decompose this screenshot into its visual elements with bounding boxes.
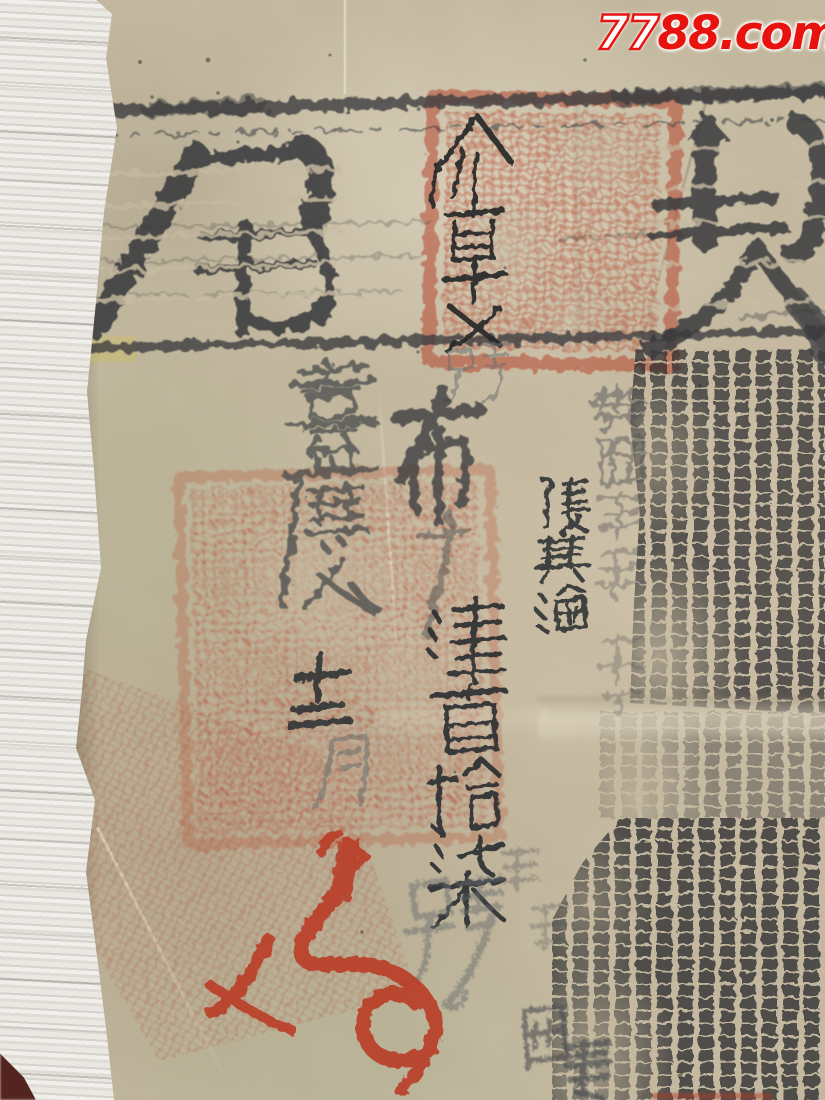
watermark-com: .com (719, 6, 825, 61)
paper-fold-highlight (538, 696, 825, 744)
paper-fold-highlight (378, 700, 548, 736)
watermark-7788: 7788.com (596, 4, 822, 66)
watermark-88: 88 (657, 6, 718, 61)
photo-of-qing-deed: { "watermark": { "full_text": "7788.com"… (0, 0, 825, 1100)
big-char-wei (80, 147, 340, 331)
deed-paper (0, 0, 825, 1100)
woodblock-text-bottom (552, 818, 825, 1100)
holder-name (536, 478, 588, 632)
watermark-77: 77 (596, 6, 657, 61)
paper-crease (343, 0, 347, 94)
red-ink-streak (652, 1093, 772, 1099)
woodblock-text-main (630, 348, 825, 714)
number-unit-hao (404, 878, 502, 1007)
official-seal-top (422, 90, 683, 372)
